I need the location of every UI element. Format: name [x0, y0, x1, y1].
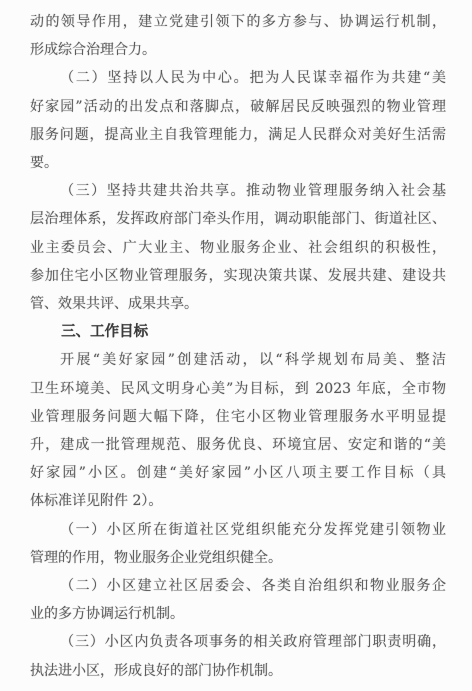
- text-line: 执法进小区，形成良好的部门协作机制。: [30, 657, 446, 685]
- text-line: 要。: [30, 149, 446, 177]
- text-line: （二）坚持以人民为中心。把为人民谋幸福作为共建“美: [30, 64, 446, 92]
- text-line: 好家园”小区。创建“美好家园”小区八项主要工作目标（具: [30, 459, 446, 487]
- text-line: 层治理体系，发挥政府部门牵头作用，调动职能部门、街道社区、: [30, 205, 446, 233]
- text-line: 卫生环境美、民风文明身心美”为目标，到 2023 年底，全市物: [30, 375, 446, 403]
- text-line: 动的领导作用，建立党建引领下的多方参与、协调运行机制，: [30, 8, 446, 36]
- text-line: 业的多方协调运行机制。: [30, 600, 446, 628]
- text-line: （三）小区内负责各项事务的相关政府管理部门职责明确，: [30, 628, 446, 656]
- text-line: 参加住宅小区物业管理服务，实现决策共谋、发展共建、建设共: [30, 262, 446, 290]
- text-line: 形成综合治理合力。: [30, 36, 446, 64]
- text-line: 管理的作用，物业服务企业党组织健全。: [30, 544, 446, 572]
- text-line: （一）小区所在街道社区党组织能充分发挥党建引领物业: [30, 516, 446, 544]
- document-page: 动的领导作用，建立党建引领下的多方参与、协调运行机制， 形成综合治理合力。 （二…: [0, 0, 472, 691]
- text-line: （二）小区建立社区居委会、各类自治组织和物业服务企: [30, 572, 446, 600]
- text-line: 体标准详见附件 2）。: [30, 487, 446, 515]
- text-line: 业主委员会、广大业主、物业服务企业、社会组织的积极性，: [30, 234, 446, 262]
- text-line: （三）坚持共建共治共享。推动物业管理服务纳入社会基: [30, 177, 446, 205]
- text-line: 升，建成一批管理规范、服务优良、环境宜居、安定和谐的“美: [30, 431, 446, 459]
- text-line: 业管理服务问题大幅下降，住宅小区物业管理服务水平明显提: [30, 403, 446, 431]
- text-line: 服务问题，提高业主自我管理能力，满足人民群众对美好生活需: [30, 121, 446, 149]
- text-line: 开展“美好家园”创建活动，以“科学规划布局美、整洁: [30, 346, 446, 374]
- section-heading: 三、工作目标: [30, 318, 446, 346]
- text-line: 管、效果共评、成果共享。: [30, 290, 446, 318]
- text-line: 好家园”活动的出发点和落脚点，破解居民反映强烈的物业管理: [30, 93, 446, 121]
